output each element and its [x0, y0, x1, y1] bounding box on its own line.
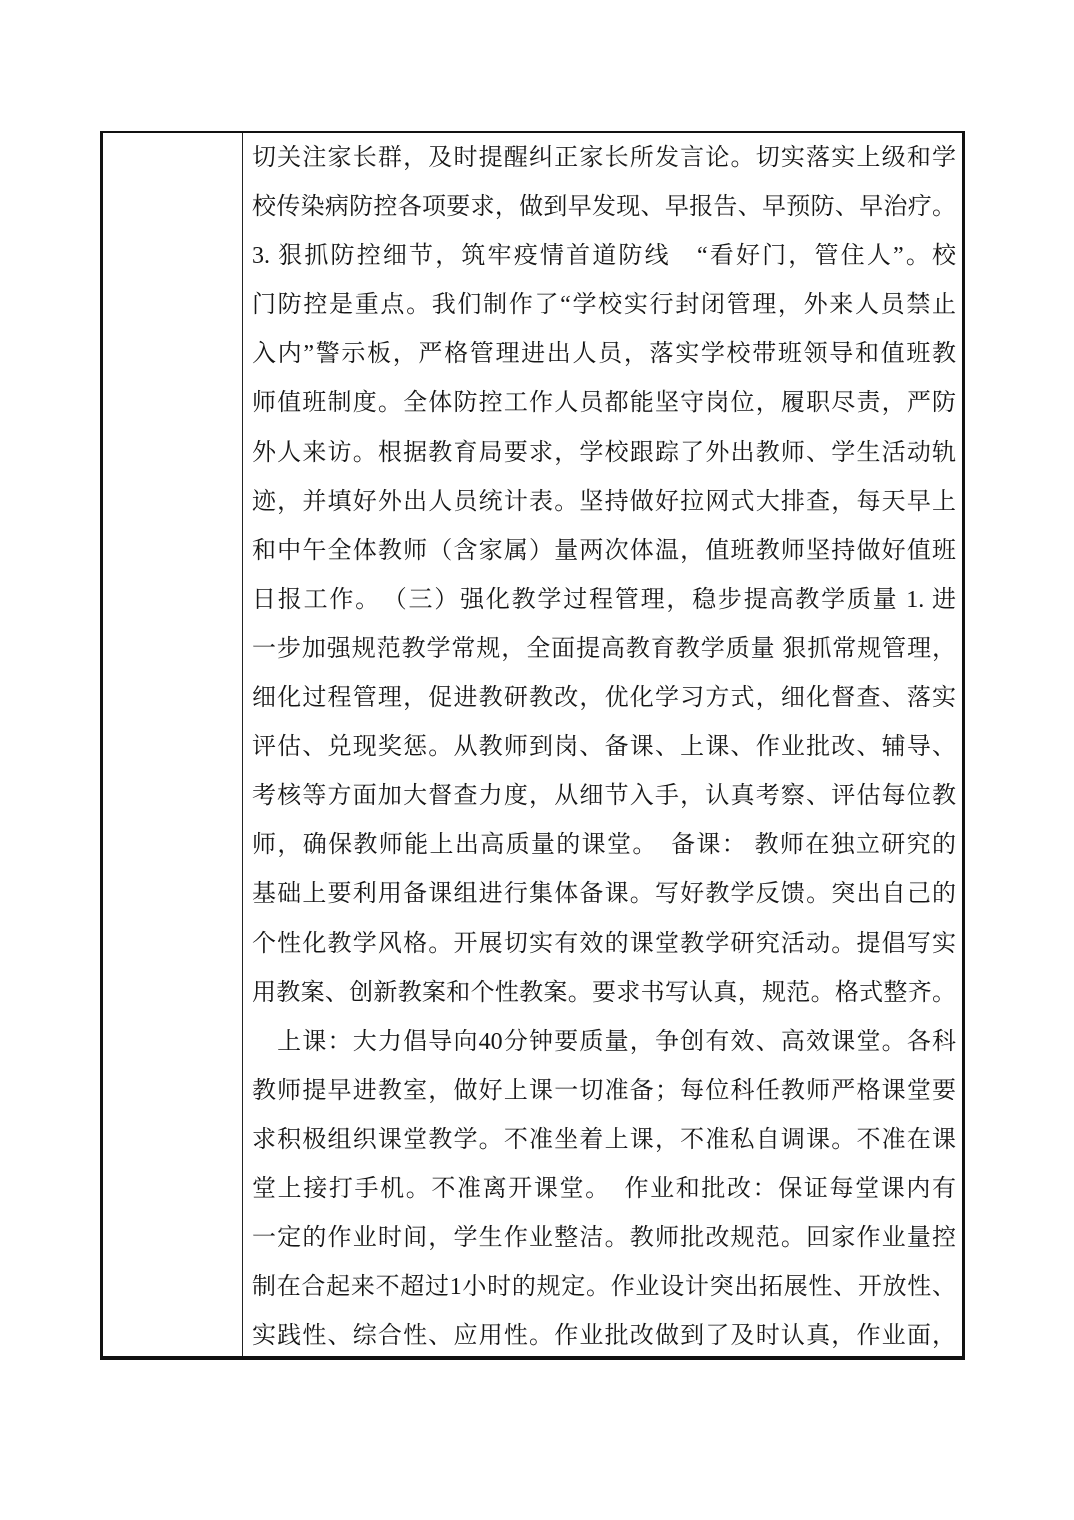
text-line: 师，确保教师能上出高质量的课堂。 备课： 教师在独立研究的: [252, 821, 956, 870]
text-line: 和中午全体教师（含家属）量两次体温，值班教师坚持做好值班: [252, 527, 956, 576]
table-label-cell: [103, 133, 243, 1356]
text-line: 教师提早进教室，做好上课一切准备；每位科任教师严格课堂要: [252, 1067, 956, 1116]
text-line: 堂上接打手机。不准离开课堂。 作业和批改：保证每堂课内有: [252, 1165, 956, 1214]
text-line: 细化过程管理，促进教研教改，优化学习方式，细化督查、落实: [252, 674, 956, 723]
table-content-cell: 切关注家长群，及时提醒纠正家长所发言论。切实落实上级和学校传染病防控各项要求，做…: [243, 133, 962, 1356]
text-line: 求积极组织课堂教学。不准坐着上课，不准私自调课。不准在课: [252, 1116, 956, 1165]
text-line: 迹，并填好外出人员统计表。坚持做好拉网式大排查，每天早上: [252, 478, 956, 527]
text-line: 上课：大力倡导向40分钟要质量，争创有效、高效课堂。各科: [252, 1018, 956, 1067]
text-line: 师值班制度。全体防控工作人员都能坚守岗位，履职尽责，严防: [252, 379, 956, 428]
text-line: 日报工作。 （三）强化教学过程管理，稳步提高教学质量 1. 进: [252, 576, 956, 625]
doc-table: 切关注家长群，及时提醒纠正家长所发言论。切实落实上级和学校传染病防控各项要求，做…: [100, 131, 965, 1360]
text-line: 基础上要利用备课组进行集体备课。写好教学反馈。突出自己的: [252, 870, 956, 919]
text-line: 3. 狠抓防控细节，筑牢疫情首道防线 “看好门，管住人”。校: [252, 232, 956, 281]
text-line: 校传染病防控各项要求，做到早发现、早报告、早预防、早治疗。: [252, 183, 956, 232]
text-line: 外人来访。根据教育局要求，学校跟踪了外出教师、学生活动轨: [252, 429, 956, 478]
text-line: 门防控是重点。我们制作了“学校实行封闭管理，外来人员禁止: [252, 281, 956, 330]
text-line: 制在合起来不超过1小时的规定。作业设计突出拓展性、开放性、: [252, 1263, 956, 1312]
text-line: 一步加强规范教学常规，全面提高教育教学质量 狠抓常规管理，: [252, 625, 956, 674]
content-lines: 切关注家长群，及时提醒纠正家长所发言论。切实落实上级和学校传染病防控各项要求，做…: [252, 134, 956, 1356]
text-line: 用教案、创新教案和个性教案。要求书写认真，规范。格式整齐。: [252, 969, 956, 1018]
text-line: 个性化教学风格。开展切实有效的课堂教学研究活动。提倡写实: [252, 920, 956, 969]
text-line: 切关注家长群，及时提醒纠正家长所发言论。切实落实上级和学: [252, 134, 956, 183]
text-line: 考核等方面加大督查力度，从细节入手，认真考察、评估每位教: [252, 772, 956, 821]
text-line: 入内”警示板，严格管理进出人员，落实学校带班领导和值班教: [252, 330, 956, 379]
document-page: 切关注家长群，及时提醒纠正家长所发言论。切实落实上级和学校传染病防控各项要求，做…: [0, 0, 1074, 1520]
text-line: 实践性、综合性、应用性。作业批改做到了及时认真，作业面，: [252, 1312, 956, 1356]
text-line: 评估、兑现奖惩。从教师到岗、备课、上课、作业批改、辅导、: [252, 723, 956, 772]
text-line: 一定的作业时间，学生作业整洁。教师批改规范。回家作业量控: [252, 1214, 956, 1263]
